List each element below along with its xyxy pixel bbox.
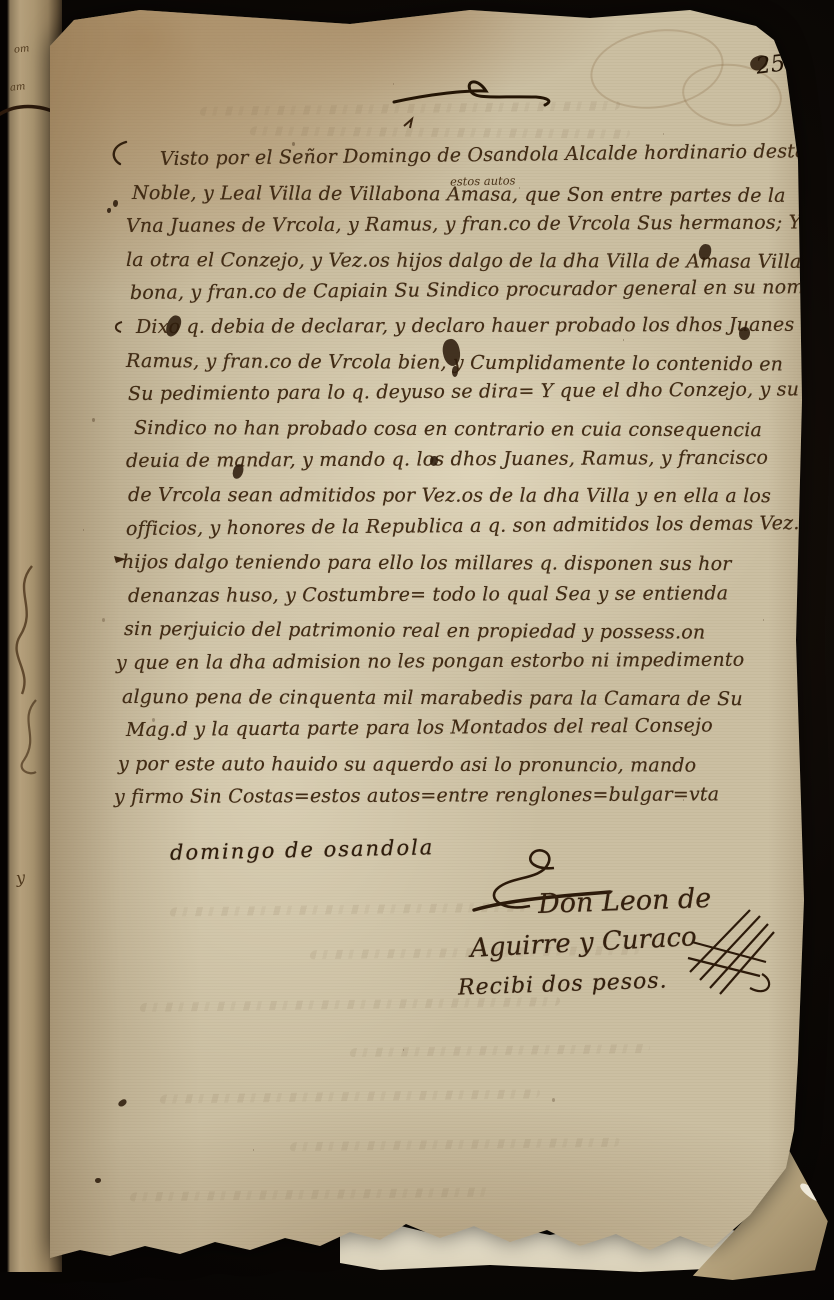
ink-blot [107, 208, 111, 213]
body-text: Visto por el Señor Domingo de Osandola A… [126, 148, 772, 820]
text-line: officios, y honores de la Republica a q.… [126, 512, 772, 551]
signature-hatch-flourish [680, 902, 775, 1002]
bleedthrough-line [139, 997, 561, 1012]
bleedthrough-line [159, 1089, 541, 1103]
text-line: deuia de mandar, y mando q. los dhos Jua… [126, 447, 772, 484]
manuscript-photo: om am y [0, 0, 834, 1300]
text-line: Vna Juanes de Vrcola, y Ramus, y fran.co… [126, 212, 772, 249]
manuscript-page: 25 Visto por el Señor Domingo de Osandol… [50, 0, 828, 1272]
corner-paper-sliver [798, 1181, 824, 1204]
check-mark [402, 116, 418, 130]
margin-mark [112, 320, 126, 334]
interline-insertion: estos autos [450, 173, 516, 188]
text-line: Mag.d y la quarta parte para los Montado… [126, 714, 772, 753]
ink-blot [95, 1178, 101, 1183]
attestation-name-line2: Aguirre y Curaco [469, 922, 697, 964]
margin-fragment: y [15, 868, 26, 888]
ink-blot [113, 200, 118, 207]
bleedthrough-line [249, 126, 631, 138]
text-line: hijos dalgo teniendo para ello los milla… [122, 551, 772, 587]
text-line: y que en la dha admision no les pongan e… [116, 648, 772, 685]
margin-fragment: om [13, 43, 30, 56]
text-line: denanzas huso, y Costumbre= todo lo qual… [128, 582, 772, 618]
gutter-squiggle-marks [2, 560, 46, 780]
bleedthrough-line [129, 1187, 491, 1201]
fee-note: Recibi dos pesos. [458, 968, 668, 1000]
folio-number: 25 [755, 50, 787, 79]
ink-blot [117, 1098, 128, 1108]
bleedthrough-line [349, 1044, 651, 1057]
alcalde-signature: domingo de osandola [170, 835, 435, 865]
text-line: y firmo Sin Costas=estos autos=entre ren… [114, 783, 772, 819]
margin-fragment: am [9, 81, 26, 94]
top-rubric-flourish [390, 64, 560, 119]
bleedthrough-line [289, 1138, 621, 1152]
text-line: Su pedimiento para lo q. deyuso se dira=… [128, 379, 772, 417]
text-line: bona, y fran.co de Capiain Su Sindico pr… [130, 277, 772, 316]
